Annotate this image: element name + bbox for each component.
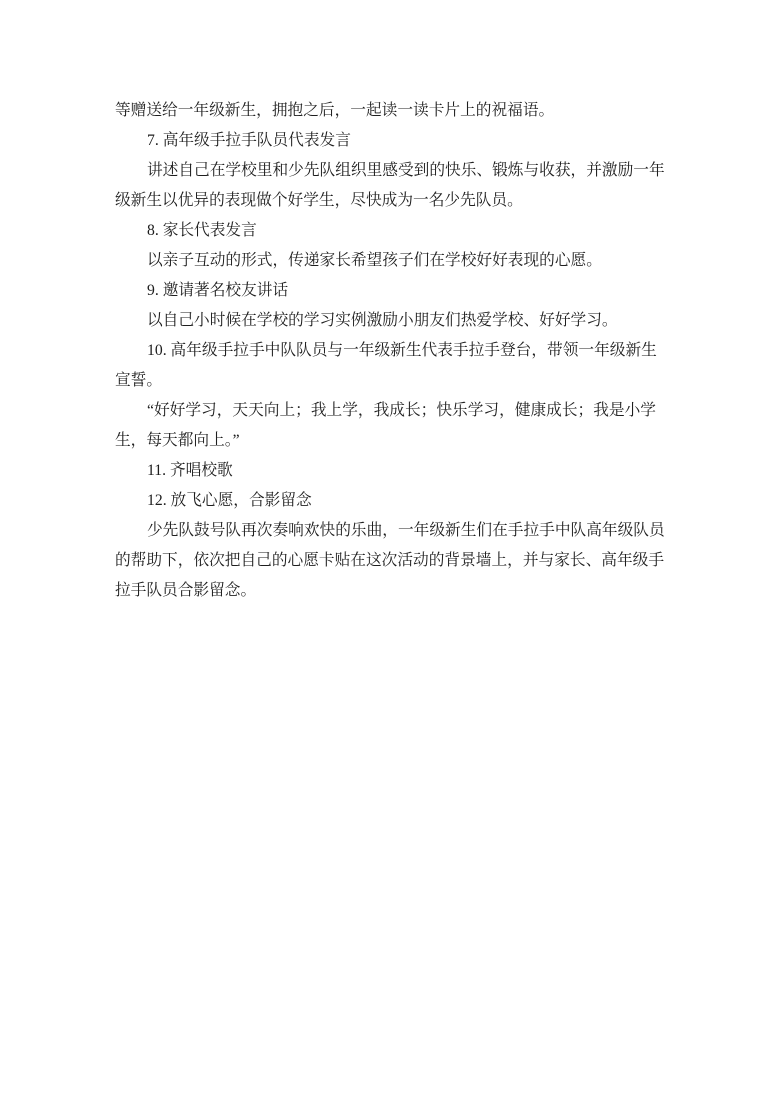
text-line: 拉手队员合影留念。: [115, 576, 675, 606]
text-line-list-item-11: 11. 齐唱校歌: [115, 456, 675, 486]
text-line: 宣誓。: [115, 366, 675, 396]
text-line: 讲述自己在学校里和少先队组织里感受到的快乐、锻炼与收获，并激励一年: [115, 156, 675, 186]
text-line: 以自己小时候在学校的学习实例激励小朋友们热爱学校、好好学习。: [115, 306, 675, 336]
text-line-list-item-8: 8. 家长代表发言: [115, 216, 675, 246]
text-line-list-item-9: 9. 邀请著名校友讲话: [115, 276, 675, 306]
text-line-pledge-quote: 生，每天都向上。”: [115, 426, 675, 456]
text-line-pledge-quote: “好好学习，天天向上；我上学，我成长；快乐学习，健康成长；我是小学: [115, 396, 675, 426]
document-page: 等赠送给一年级新生，拥抱之后，一起读一读卡片上的祝福语。 7. 高年级手拉手队员…: [0, 0, 780, 1103]
text-line: 以亲子互动的形式，传递家长希望孩子们在学校好好表现的心愿。: [115, 246, 675, 276]
text-line: 的帮助下，依次把自己的心愿卡贴在这次活动的背景墙上，并与家长、高年级手: [115, 546, 675, 576]
text-line-list-item-12: 12. 放飞心愿，合影留念: [115, 486, 675, 516]
text-line-list-item-7: 7. 高年级手拉手队员代表发言: [115, 126, 675, 156]
document-text-block: 等赠送给一年级新生，拥抱之后，一起读一读卡片上的祝福语。 7. 高年级手拉手队员…: [115, 96, 675, 606]
text-line-list-item-10: 10. 高年级手拉手中队队员与一年级新生代表手拉手登台，带领一年级新生: [115, 336, 675, 366]
text-line: 少先队鼓号队再次奏响欢快的乐曲，一年级新生们在手拉手中队高年级队员: [115, 516, 675, 546]
text-line: 级新生以优异的表现做个好学生，尽快成为一名少先队员。: [115, 186, 675, 216]
text-line: 等赠送给一年级新生，拥抱之后，一起读一读卡片上的祝福语。: [115, 96, 675, 126]
